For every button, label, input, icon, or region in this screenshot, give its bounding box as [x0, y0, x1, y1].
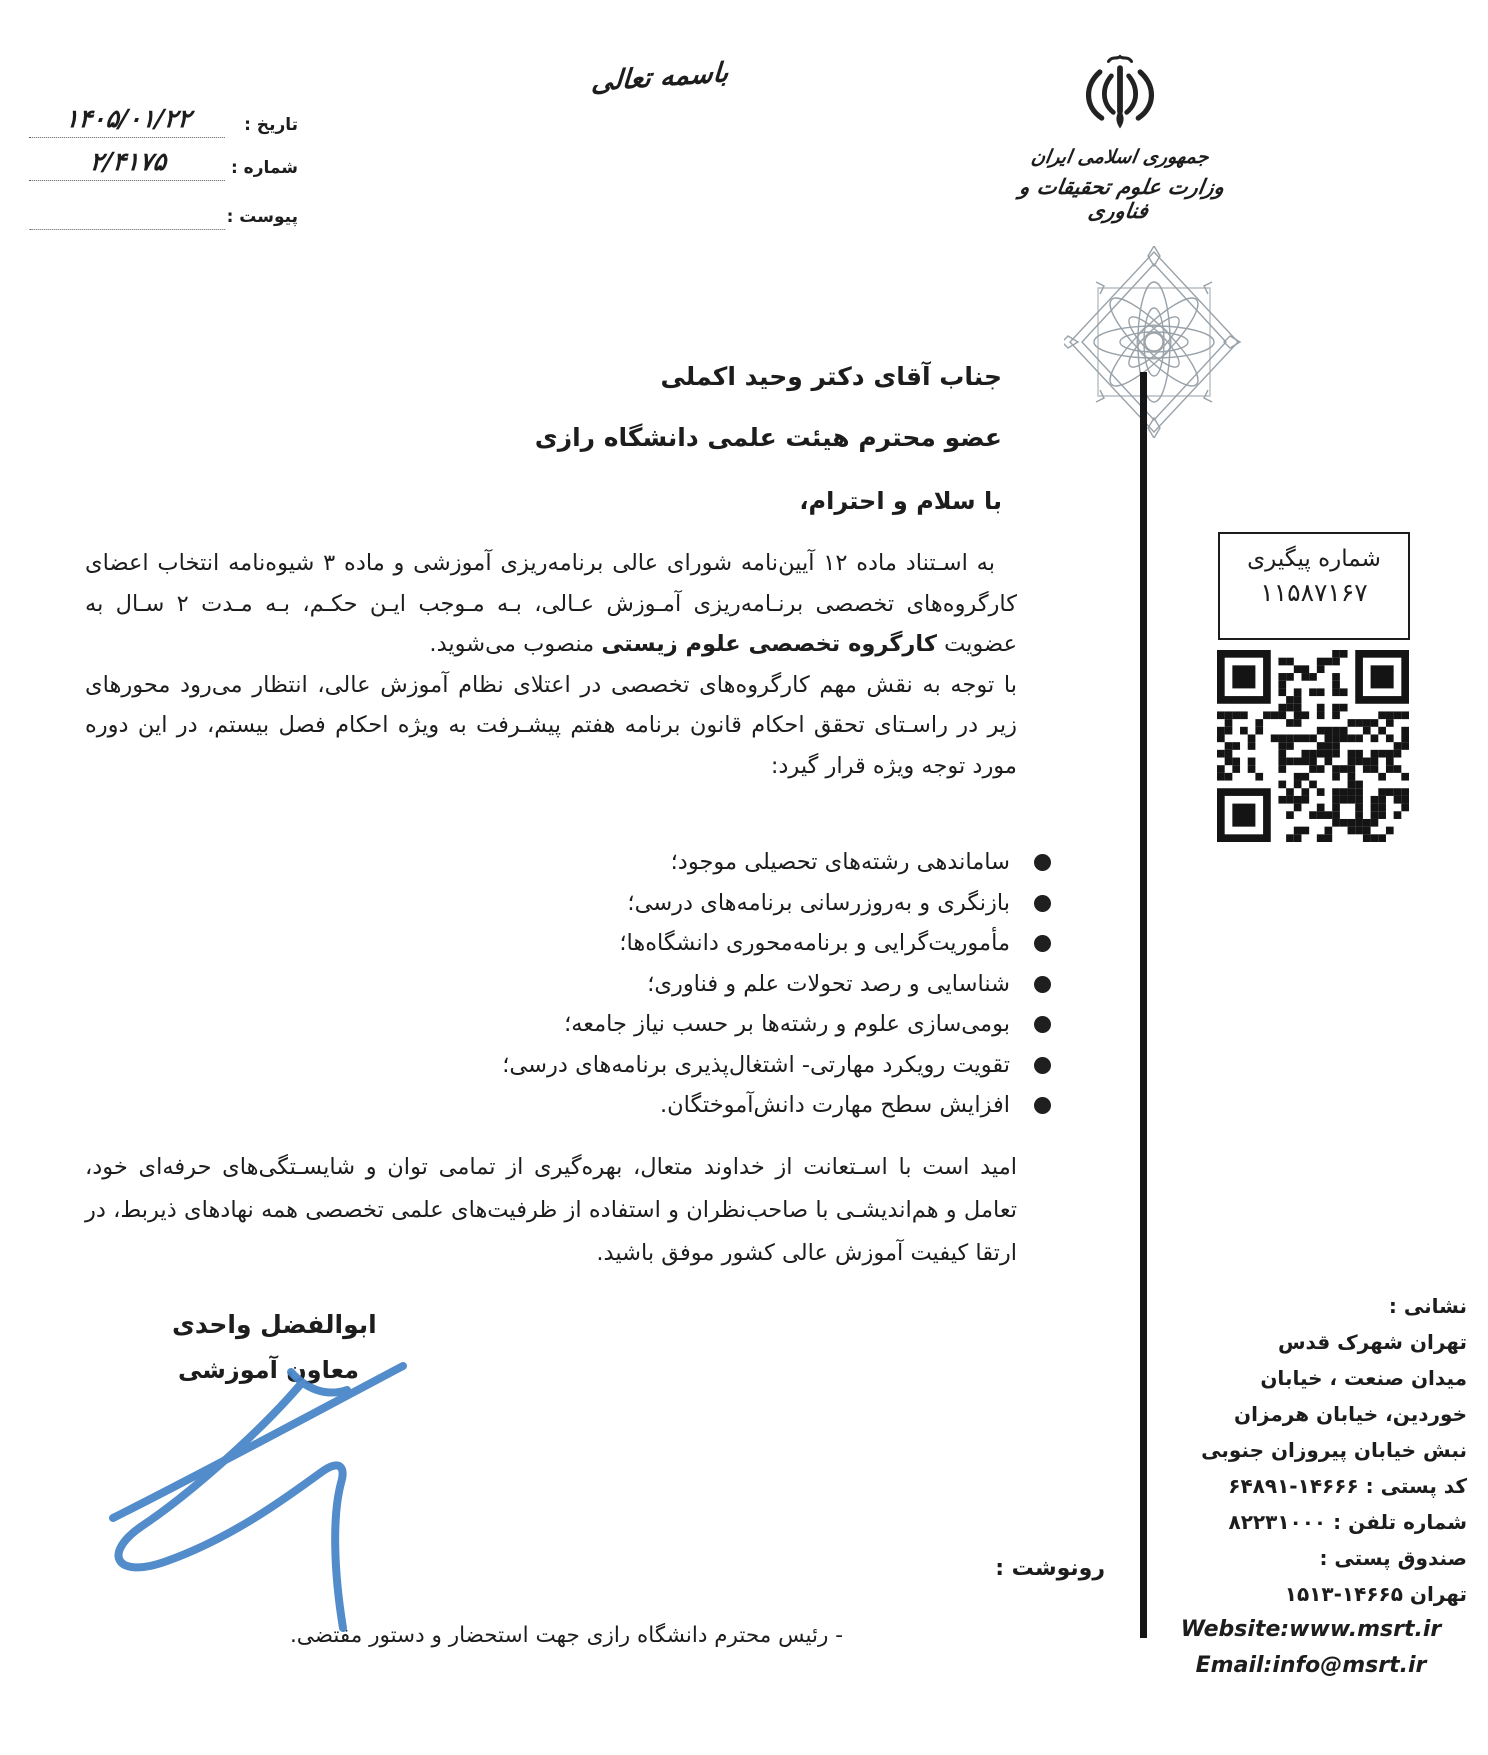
besmele-calligraphy: باسمه تعالی: [539, 54, 781, 102]
cc-label: رونوشت :: [995, 1556, 1105, 1581]
email-address: Email:info@msrt.ir: [1155, 1648, 1467, 1684]
p1-text-post: منصوب می‌شوید.: [429, 631, 601, 657]
number-row: شماره : ۲/۴۱۷۵: [30, 146, 298, 181]
list-item: ساماندهی رشته‌های تحصیلی موجود؛: [502, 842, 1057, 883]
phone-number: شماره تلفن : ۸۲۲۳۱۰۰۰: [1155, 1504, 1467, 1540]
tracking-number-box: شماره پیگیری ۱۱۵۸۷۱۶۷: [1218, 532, 1410, 640]
website-url: Website:www.msrt.ir: [1155, 1612, 1467, 1648]
attachment-row: پیوست :: [30, 207, 298, 230]
attachment-value: [29, 209, 226, 230]
pobox-value: تهران ۱۴۶۶۵-۱۵۱۳: [1155, 1576, 1467, 1612]
tracking-label: شماره پیگیری: [1220, 546, 1408, 572]
list-item: بومی‌سازی علوم و رشته‌ها بر حسب نیاز جام…: [502, 1004, 1057, 1045]
address-line: تهران شهرک قدس: [1155, 1324, 1467, 1360]
footer-address-block: نشانی : تهران شهرک قدس میدان صنعت ، خیاب…: [1155, 1288, 1467, 1684]
attachment-label: پیوست :: [226, 207, 298, 230]
pobox-label: صندوق پستی :: [1155, 1540, 1467, 1576]
tracking-number: ۱۱۵۸۷۱۶۷: [1220, 578, 1408, 607]
letter-body: به اسـتناد ماده ۱۲ آیین‌نامه شورای عالی …: [85, 543, 1017, 786]
date-value: ۱۴۰۵/۰۱/۲۲: [29, 103, 227, 138]
salutation: با سلام و احترام،: [799, 487, 1002, 515]
handwritten-signature: [95, 1330, 440, 1645]
list-item: مأموریت‌گرایی و برنامه‌محوری دانشگاه‌ها؛: [502, 923, 1057, 964]
list-item: افزایش سطح مهارت دانش‌آموختگان.: [502, 1085, 1057, 1126]
number-label: شماره :: [226, 158, 298, 181]
list-item: بازنگری و به‌روزرسانی برنامه‌های درسی؛: [502, 883, 1057, 924]
republic-title: جمهوری اسلامی ایران: [983, 146, 1256, 168]
letter-page: باسمه تعالی جمهوری اسلامی ایران وزارت عل…: [0, 0, 1488, 1755]
list-item: شناسایی و رصد تحولات علم و فناوری؛: [502, 964, 1057, 1005]
priority-bullet-list: ساماندهی رشته‌های تحصیلی موجود؛ بازنگری …: [502, 842, 1057, 1126]
body-paragraph-1: به اسـتناد ماده ۱۲ آیین‌نامه شورای عالی …: [85, 543, 1017, 665]
ornament-rosette: [1064, 246, 1244, 438]
iran-emblem-icon: [1072, 48, 1168, 144]
date-row: تاریخ : ۱۴۰۵/۰۱/۲۲: [30, 103, 298, 138]
closing-paragraph: امید است با اسـتعانت از خداوند متعال، به…: [85, 1146, 1017, 1275]
letter-meta-block: تاریخ : ۱۴۰۵/۰۱/۲۲ شماره : ۲/۴۱۷۵ پیوست …: [30, 103, 298, 230]
recipient-name: جناب آقای دکتر وحید اکملی: [535, 346, 1002, 407]
recipient-role: عضو محترم هیئت علمی دانشگاه رازی: [535, 407, 1002, 468]
number-value: ۲/۴۱۷۵: [29, 146, 227, 181]
p1-appointment-bold: کارگروه تخصصی علوم زیستی: [601, 631, 937, 657]
qr-code: [1217, 650, 1409, 842]
recipient-block: جناب آقای دکتر وحید اکملی عضو محترم هیئت…: [535, 346, 1002, 468]
vertical-divider-rule: [1140, 372, 1147, 1638]
body-paragraph-2: با توجه به نقش مهم کارگروه‌های تخصصی در …: [85, 665, 1017, 787]
ministry-title: وزارت علوم تحقیقات و فناوری: [981, 175, 1259, 223]
address-line: نبش خیابان پیروزان جنوبی: [1155, 1432, 1467, 1468]
letterhead-emblem-block: جمهوری اسلامی ایران وزارت علوم تحقیقات و…: [985, 48, 1255, 223]
address-line: خوردین، خیابان هرمزان: [1155, 1396, 1467, 1432]
list-item: تقویت رویکرد مهارتی- اشتغال‌پذیری برنامه…: [502, 1045, 1057, 1086]
postal-code: کد پستی : ۱۴۶۶۶-۶۴۸۹۱: [1155, 1468, 1467, 1504]
address-label: نشانی :: [1155, 1288, 1467, 1324]
address-line: میدان صنعت ، خیابان: [1155, 1360, 1467, 1396]
date-label: تاریخ :: [226, 115, 298, 138]
